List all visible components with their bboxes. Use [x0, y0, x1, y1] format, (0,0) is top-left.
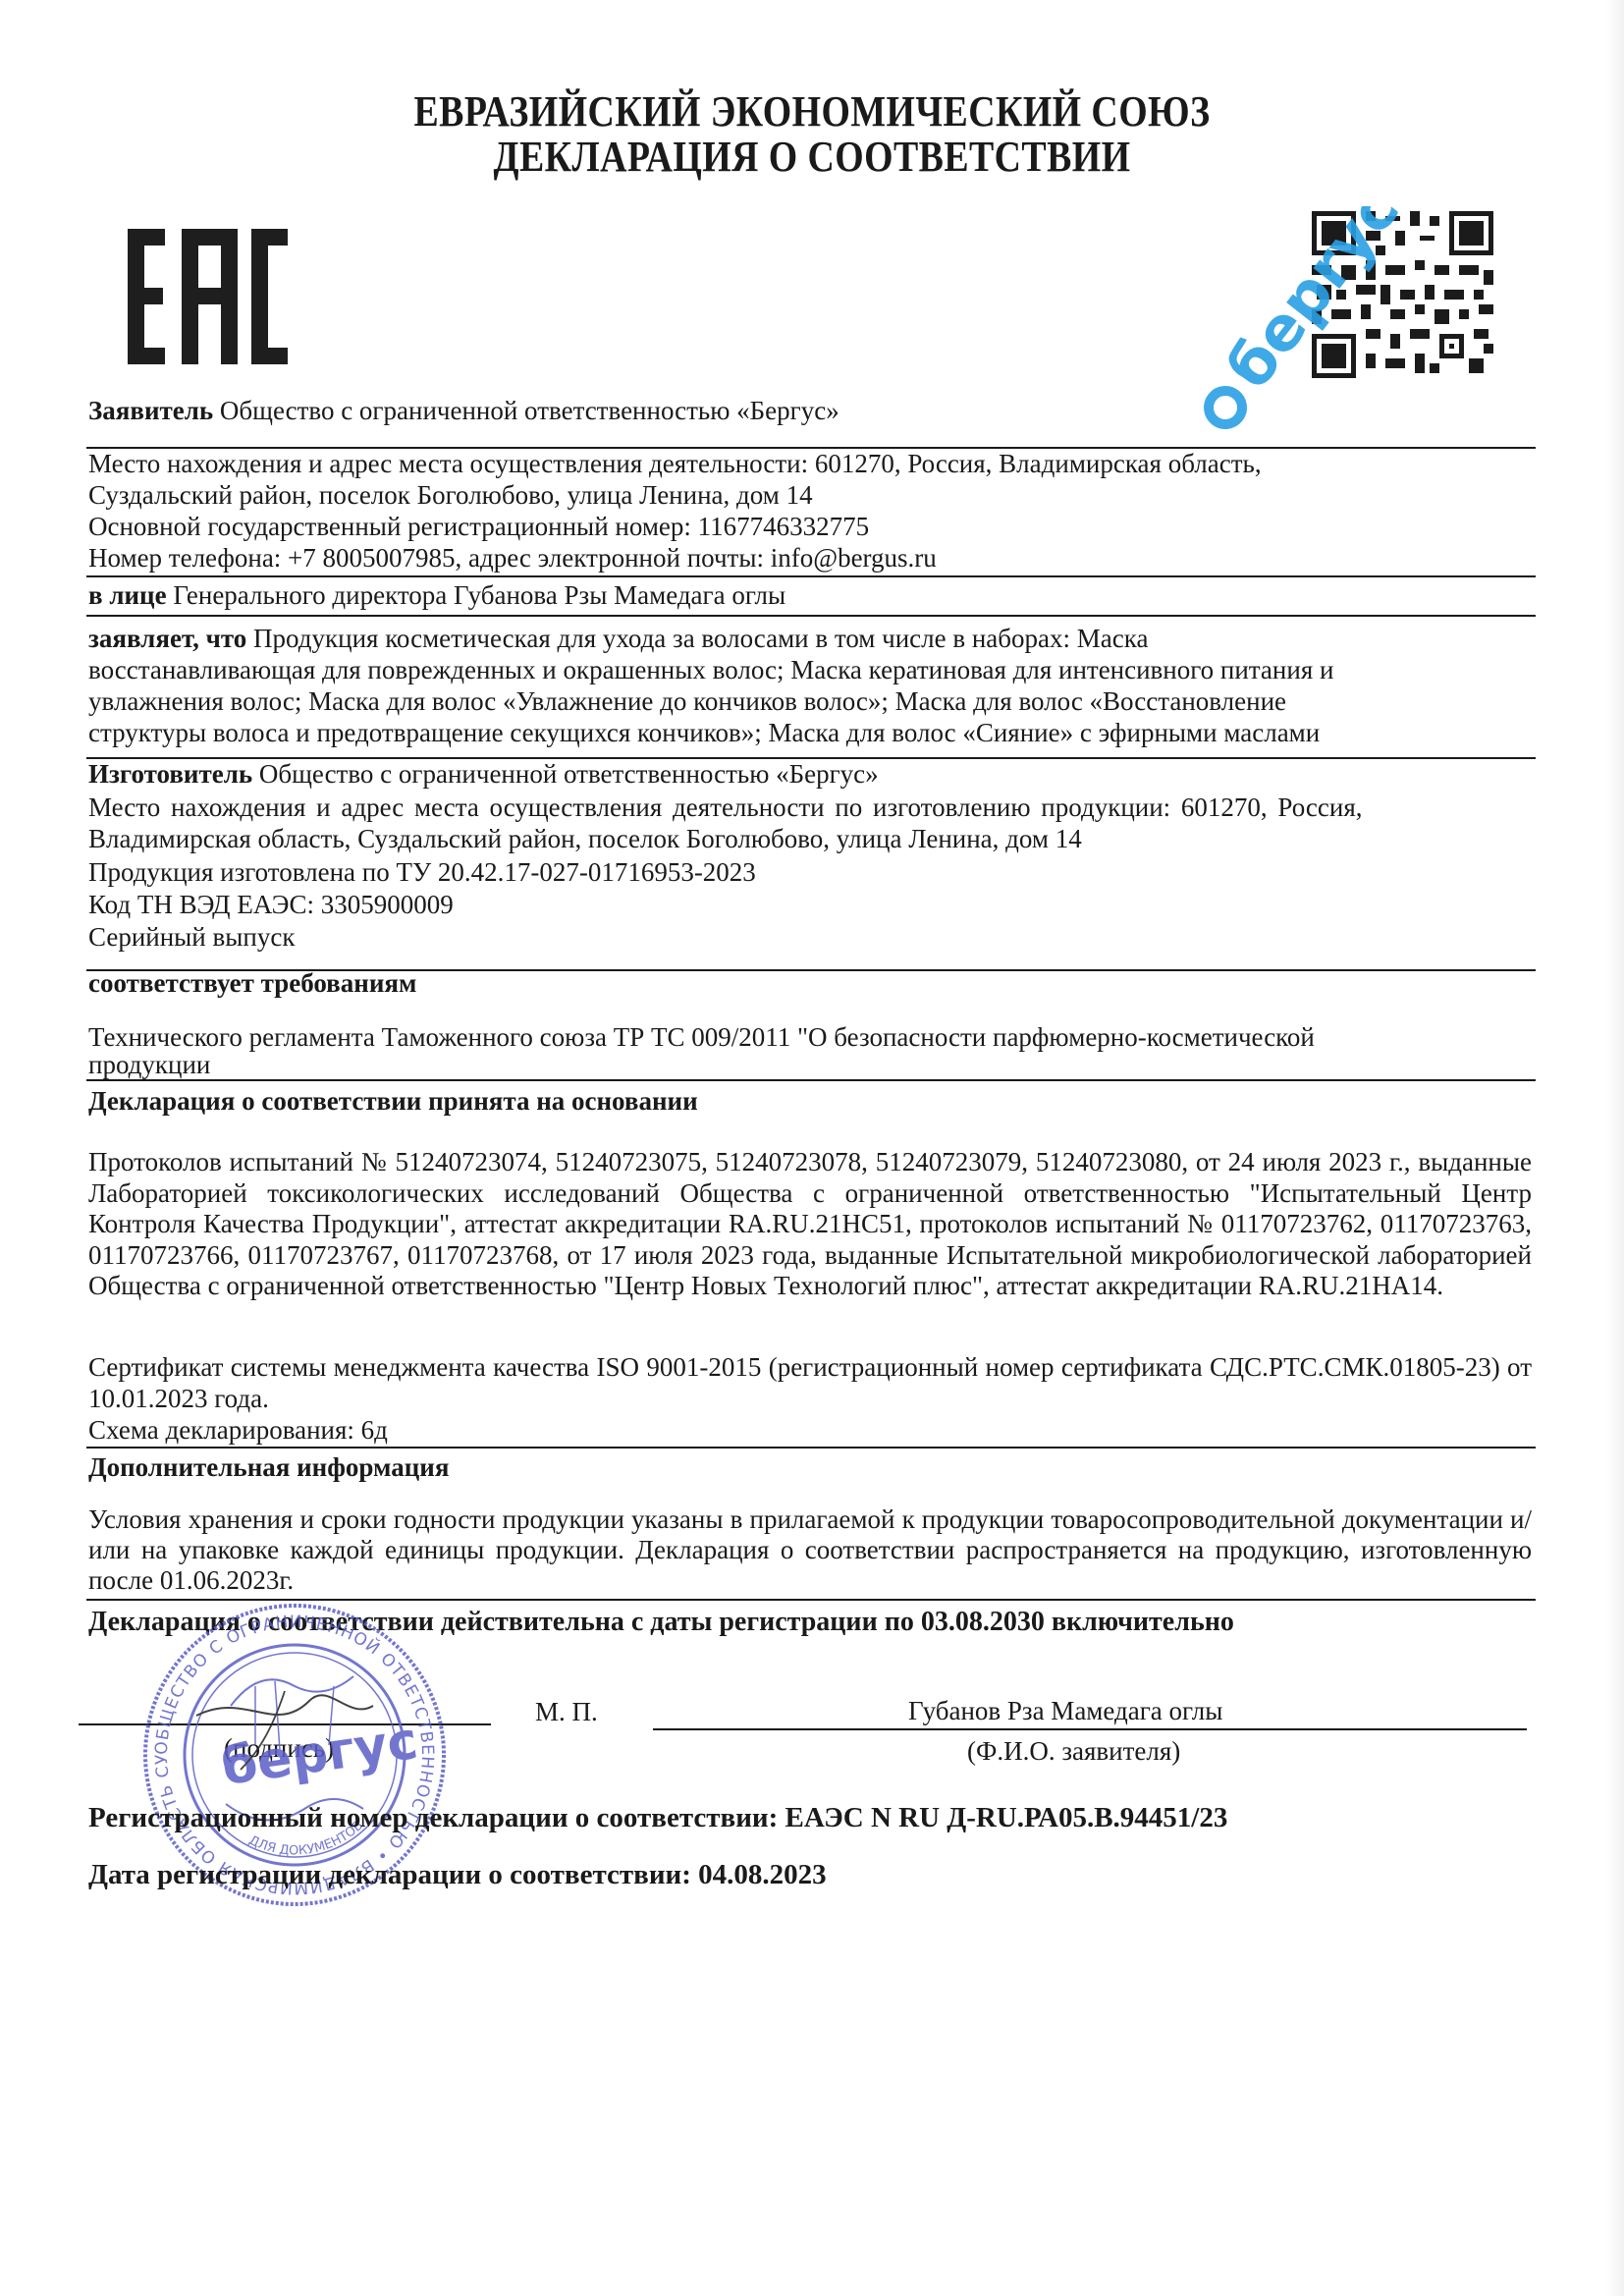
basis-protocols: Протоколов испытаний № 51240723074, 5124… [88, 1147, 1532, 1302]
represented-by-value: Генерального директора Губанова Рзы Маме… [173, 580, 785, 610]
manufacturer-release: Серийный выпуск [88, 921, 1542, 953]
applicant-address-line1: Место нахождения и адрес места осуществл… [88, 448, 1542, 479]
applicant-name: Губанов Рза Мамедага оглы [908, 1696, 1222, 1726]
qr-code-icon [1312, 210, 1493, 379]
applicant-row: Заявитель Общество с ограниченной ответс… [88, 395, 1542, 426]
applicant-contacts: Номер телефона: +7 8005007985, адрес эле… [88, 542, 1542, 574]
divider [86, 575, 1536, 577]
requirements-heading: соответствует требованиям [88, 967, 1542, 999]
manufacturer-address-line1: Место нахождения и адрес места осуществл… [88, 792, 1542, 823]
represented-by-row: в лице Генерального директора Губанова Р… [88, 579, 1542, 611]
manufacturer-row: Изготовитель Общество с ограниченной отв… [88, 758, 1542, 790]
manufacturer-address-line2: Владимирская область, Суздальский район,… [88, 823, 1542, 854]
applicant-value: Общество с ограниченной ответственностью… [220, 396, 839, 425]
scan-edge [1606, 0, 1624, 2296]
declares-line-3: структуры волоса и предотвращение секущи… [88, 717, 1542, 748]
basis-certificate: Сертификат системы менеджмента качества … [88, 1352, 1532, 1414]
declares-row: заявляет, что Продукция косметическая дл… [88, 623, 1542, 654]
applicant-label: Заявитель [88, 396, 213, 425]
represented-by-label: в лице [88, 580, 167, 610]
header-union-title: ЕВРАЗИЙСКИЙ ЭКОНОМИЧЕСКИЙ СОЮЗ [114, 86, 1510, 137]
name-line [653, 1728, 1527, 1730]
declares-line-1: восстанавливающая для поврежденных и окр… [88, 654, 1542, 685]
requirements-line2: продукции [88, 1049, 1542, 1080]
manufacturer-tu: Продукция изготовлена по ТУ 20.42.17-027… [88, 856, 1542, 888]
declares-line-2: увлажнения волос; Маска для волос «Увлаж… [88, 685, 1542, 717]
manufacturer-label: Изготовитель [88, 759, 252, 789]
divider [86, 615, 1536, 617]
basis-scheme: Схема декларирования: 6д [88, 1414, 1542, 1446]
applicant-ogrn: Основной государственный регистрационный… [88, 511, 1542, 542]
manufacturer-value: Общество с ограниченной ответственностью… [259, 759, 879, 789]
additional-text: Условия хранения и сроки годности продук… [88, 1504, 1532, 1596]
header-declaration-title: ДЕКЛАРАЦИЯ О СООТВЕТСТВИИ [114, 132, 1510, 182]
registration-date: Дата регистрации декларации о соответств… [88, 1859, 1542, 1890]
additional-heading: Дополнительная информация [88, 1451, 1542, 1483]
divider [86, 1447, 1536, 1449]
manufacturer-tnved: Код ТН ВЭД ЕАЭС: 3305900009 [88, 889, 1542, 920]
applicant-address-line2: Суздальский район, поселок Боголюбово, у… [88, 479, 1542, 511]
eac-logo-icon [126, 229, 288, 366]
declares-label: заявляет, что [88, 624, 246, 653]
divider [86, 1079, 1536, 1081]
applicant-name-caption: (Ф.И.О. заявителя) [967, 1736, 1180, 1767]
basis-heading: Декларация о соответствии принята на осн… [88, 1085, 1542, 1117]
seal-label: М. П. [535, 1697, 598, 1727]
registration-number: Регистрационный номер декларации о соотв… [88, 1802, 1542, 1833]
svg-text:бергус: бергус [218, 1712, 421, 1797]
declares-line-0: Продукция косметическая для ухода за вол… [253, 624, 1148, 653]
